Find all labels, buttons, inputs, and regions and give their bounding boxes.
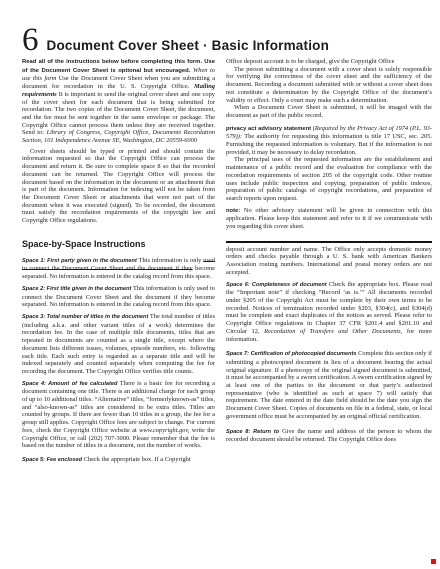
- space-4-text-before: There is a basic fee for recording a doc…: [22, 380, 215, 434]
- note-label: note:: [226, 208, 240, 214]
- privacy-act-paragraph: privacy act advisory statement (Required…: [226, 125, 432, 157]
- principal-uses-paragraph: The principal uses of the requested info…: [226, 156, 432, 202]
- space-1-text-before: This information is only: [139, 257, 202, 264]
- note-text: No other advisory statement will be give…: [226, 207, 432, 230]
- deposit-continuation-paragraph: deposit account number and name. The Off…: [226, 246, 432, 277]
- copyright-website-url: www.copyright.gov,: [139, 427, 189, 434]
- document-page: 6 Document Cover Sheet · Basic Informati…: [0, 0, 440, 569]
- note-paragraph: note: No other advisory statement will b…: [226, 207, 432, 231]
- space-3-label: Space 3: Total number of titles in the d…: [22, 314, 148, 320]
- page-title: Document Cover Sheet · Basic Information: [47, 38, 330, 53]
- space-5-text: Check the appropriate box. If a Copyrigh…: [84, 456, 191, 463]
- section-heading: Space-by-Space Instructions: [22, 239, 215, 249]
- intro-paragraph: Read all of the instructions below befor…: [22, 58, 215, 145]
- space-7-paragraph: Space 7: Certification of photocopied do…: [226, 350, 432, 420]
- space-2-paragraph: Space 2: First title given in the docume…: [22, 285, 215, 309]
- page-number: 6: [22, 24, 39, 57]
- space-5-label: Space 5: Fee enclosed: [22, 457, 82, 463]
- space-4-paragraph: Space 4: Amount of fee calculated There …: [22, 380, 215, 450]
- privacy-act-text: The authority for requesting this inform…: [226, 133, 432, 155]
- space-7-label: Space 7: Certification of photocopied do…: [226, 351, 357, 357]
- space-8-paragraph: Space 8: Return to Give the name and add…: [226, 428, 432, 444]
- section-divider-rule: [226, 241, 432, 243]
- space-6-text-before: Check the appropriate box. Please read t…: [226, 281, 432, 335]
- space-7-text: Complete this section only if submitting…: [226, 350, 432, 420]
- privacy-act-label: privacy act advisory statement: [226, 126, 311, 132]
- space-8-label: Space 8: Return to: [226, 429, 279, 435]
- intro-bold-lead: Read all of the instructions below befor…: [22, 59, 215, 74]
- red-corner-registration-mark: [431, 559, 436, 564]
- space-4-label: Space 4: Amount of fee calculated: [22, 381, 117, 387]
- left-column: Read all of the instructions below befor…: [22, 58, 215, 469]
- right-column: Office deposit account is to be charged,…: [226, 58, 432, 469]
- space-5-paragraph: Space 5: Fee enclosed Check the appropri…: [22, 456, 215, 465]
- mailing-address: Library of Congress, Copyright Office, D…: [22, 129, 215, 144]
- space-1-paragraph: Space 1: First party given in the docume…: [22, 257, 215, 281]
- space-3-text: The total number of titles (including a.…: [22, 313, 215, 375]
- space-2-label: Space 2: First title given in the docume…: [22, 286, 131, 292]
- fee-continuation-line: Office deposit account is to be charged,…: [226, 58, 432, 66]
- two-column-body: Read all of the instructions below befor…: [22, 58, 432, 469]
- space-3-paragraph: Space 3: Total number of titles in the d…: [22, 313, 215, 376]
- imaging-paragraph: When a Document Cover Sheet is submitted…: [226, 104, 432, 119]
- space-6-label: Space 6: Completeness of document: [226, 282, 327, 288]
- page-header: 6 Document Cover Sheet · Basic Informati…: [22, 24, 422, 57]
- space-1-label: Space 1: First party given in the docume…: [22, 258, 137, 264]
- space-6-paragraph: Space 6: Completeness of document Check …: [226, 281, 432, 344]
- responsibility-paragraph: The person submitting a document with a …: [226, 66, 432, 105]
- processing-paragraph: Cover sheets should be typed or printed …: [22, 148, 215, 225]
- circular-12-title: Recordation of Transfers and Other Docum…: [264, 328, 402, 335]
